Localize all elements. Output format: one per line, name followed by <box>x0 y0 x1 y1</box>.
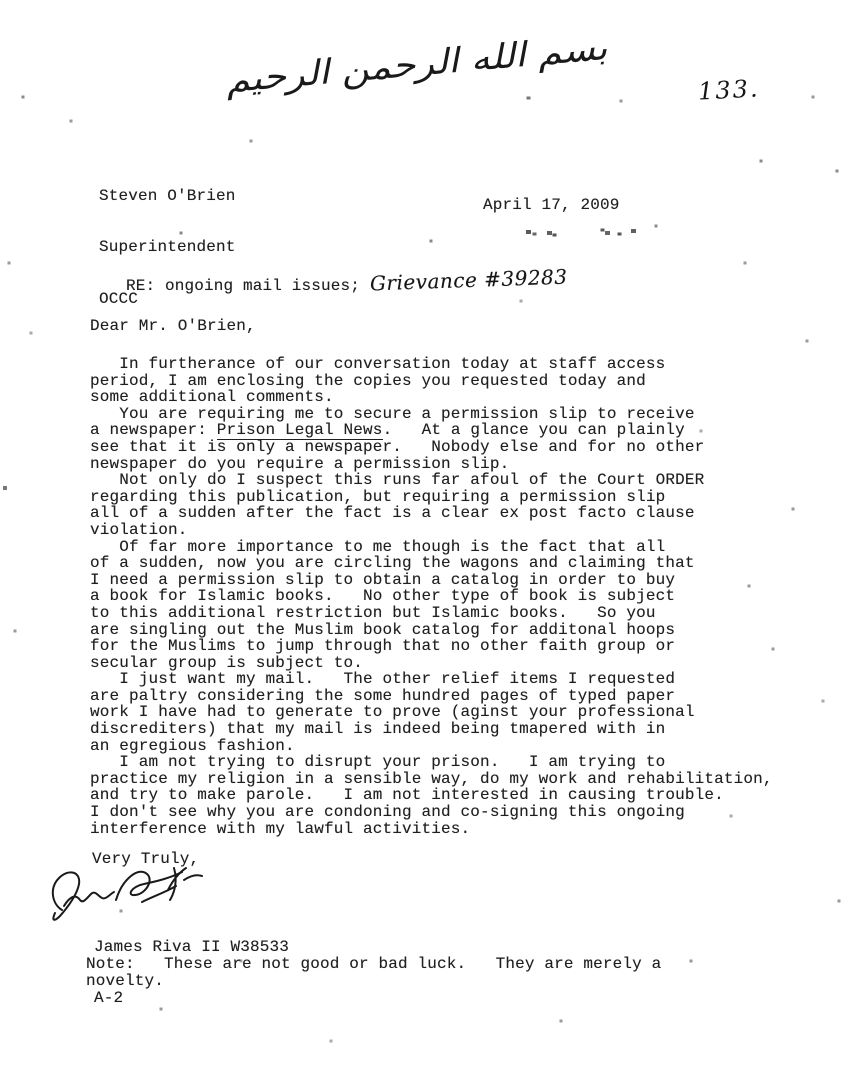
recipient-block: Steven O'Brien Superintendent OCCC <box>99 153 236 343</box>
subject-line: RE: ongoing mail issues;Grievance #39283 <box>87 258 568 311</box>
page-number-handwritten: 133. <box>697 74 760 105</box>
letter-body: In furtherance of our conversation today… <box>90 356 773 837</box>
body-line: a newspaper: Prison Legal News. At a gla… <box>90 422 773 439</box>
body-line: You are requiring me to secure a permiss… <box>90 406 773 423</box>
body-line: to this additional restriction but Islam… <box>90 605 773 622</box>
body-line: are paltry considering the some hundred … <box>90 688 773 705</box>
body-line: interference with my lawful activities. <box>90 821 773 838</box>
body-line: work I have had to generate to prove (ag… <box>90 704 773 721</box>
grievance-number-handwritten: Grievance #39283 <box>370 268 568 291</box>
subject-typed: RE: ongoing mail issues; <box>126 277 360 295</box>
body-line: all of a sudden after the fact is a clea… <box>90 505 773 522</box>
body-line: regarding this publication, but requirin… <box>90 489 773 506</box>
body-line: for the Muslims to jump through that no … <box>90 638 773 655</box>
body-line: a book for Islamic books. No other type … <box>90 588 773 605</box>
scanned-letter-page: بسم الله الرحمن الرحيم 133. Steven O'Bri… <box>0 0 850 1082</box>
body-line: discrediters) that my mail is indeed bei… <box>90 721 773 738</box>
body-line: period, I am enclosing the copies you re… <box>90 373 773 390</box>
body-line: are singling out the Muslim book catalog… <box>90 622 773 639</box>
body-line: and try to make parole. I am not interes… <box>90 787 773 804</box>
sender-name-line: James Riva II W38533 <box>94 939 289 956</box>
body-line: In furtherance of our conversation today… <box>90 356 773 373</box>
body-line: violation. <box>90 522 773 539</box>
body-line: practice my religion in a sensible way, … <box>90 771 773 788</box>
body-line: I just want my mail. The other relief it… <box>90 671 773 688</box>
sender-unit-line: A-2 <box>94 990 289 1007</box>
body-line: I need a permission slip to obtain a cat… <box>90 572 773 589</box>
note-block: Note: These are not good or bad luck. Th… <box>86 956 661 989</box>
body-line: of a sudden, now you are circling the wa… <box>90 555 773 572</box>
body-line: newspaper do you require a permission sl… <box>90 456 773 473</box>
body-line: secular group is subject to. <box>90 655 773 672</box>
recipient-name: Steven O'Brien <box>99 188 236 205</box>
body-line: some additional comments. <box>90 389 773 406</box>
note-line: novelty. <box>86 973 661 990</box>
body-line: I don't see why you are condoning and co… <box>90 804 773 821</box>
body-line: an egregious fashion. <box>90 738 773 755</box>
scan-smudge-marks <box>0 0 3 2</box>
body-line: Not only do I suspect this runs far afou… <box>90 472 773 489</box>
body-line: Of far more importance to me though is t… <box>90 539 773 556</box>
note-line: Note: These are not good or bad luck. Th… <box>86 956 661 973</box>
letter-date: April 17, 2009 <box>483 197 620 214</box>
body-line: I am not trying to disrupt your prison. … <box>90 754 773 771</box>
body-line: see that it is only a newspaper. Nobody … <box>90 439 773 456</box>
bismillah-handwriting: بسم الله الرحمن الرحيم <box>237 28 609 100</box>
salutation: Dear Mr. O'Brien, <box>90 318 256 335</box>
recipient-title: Superintendent <box>99 239 236 256</box>
